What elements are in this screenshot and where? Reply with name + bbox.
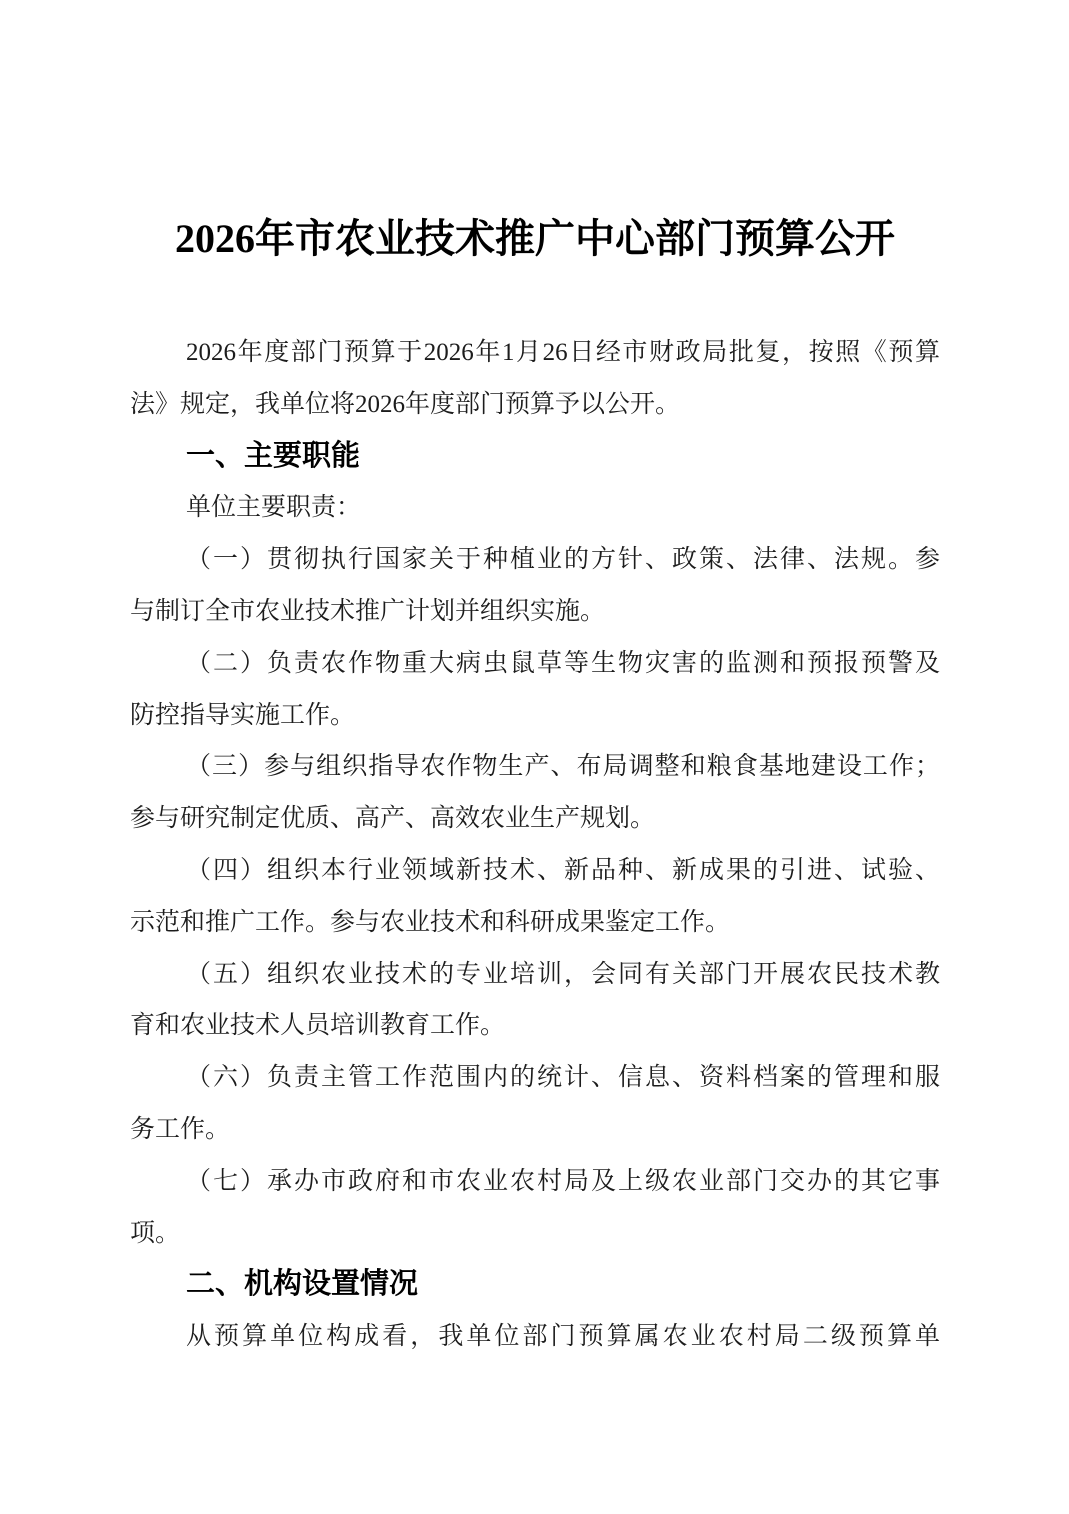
text-line: 一、主要职能 (130, 431, 940, 483)
paragraph: 从预算单位构成看，我单位部门预算属农业农村局二级预算单 (130, 1311, 940, 1363)
text-line: （七）承办市政府和市农业农村局及上级农业部门交办的其它事 (130, 1156, 940, 1208)
text-line: 单位主要职责： (130, 482, 940, 534)
text-line: 务工作。 (130, 1104, 940, 1156)
text-line: 2026年度部门预算于2026年1月26日经市财政局批复，按照《预算 (130, 327, 940, 379)
document-page: 2026年市农业技术推广中心部门预算公开 2026年度部门预算于2026年1月2… (0, 0, 1069, 1514)
text-line: （一）贯彻执行国家关于种植业的方针、政策、法律、法规。参 (130, 534, 940, 586)
text-line: 二、机构设置情况 (130, 1259, 940, 1311)
text-line: 项。 (130, 1208, 940, 1260)
paragraph: （三）参与组织指导农作物生产、布局调整和粮食基地建设工作；参与研究制定优质、高产… (130, 741, 940, 845)
document-body: 2026年度部门预算于2026年1月26日经市财政局批复，按照《预算法》规定，我… (130, 327, 940, 1363)
text-line: 法》规定，我单位将2026年度部门预算予以公开。 (130, 379, 940, 431)
text-line: 防控指导实施工作。 (130, 690, 940, 742)
paragraph: 单位主要职责： (130, 482, 940, 534)
text-line: （五）组织农业技术的专业培训，会同有关部门开展农民技术教 (130, 949, 940, 1001)
text-line: 参与研究制定优质、高产、高效农业生产规划。 (130, 793, 940, 845)
paragraph: （七）承办市政府和市农业农村局及上级农业部门交办的其它事项。 (130, 1156, 940, 1260)
text-line: 从预算单位构成看，我单位部门预算属农业农村局二级预算单 (130, 1311, 940, 1363)
text-line: （三）参与组织指导农作物生产、布局调整和粮食基地建设工作； (130, 741, 940, 793)
paragraph: （六）负责主管工作范围内的统计、信息、资料档案的管理和服务工作。 (130, 1052, 940, 1156)
text-line: （六）负责主管工作范围内的统计、信息、资料档案的管理和服 (130, 1052, 940, 1104)
section-heading: 二、机构设置情况 (130, 1259, 940, 1311)
text-line: （四）组织本行业领域新技术、新品种、新成果的引进、试验、 (130, 845, 940, 897)
paragraph: （四）组织本行业领域新技术、新品种、新成果的引进、试验、示范和推广工作。参与农业… (130, 845, 940, 949)
text-line: 育和农业技术人员培训教育工作。 (130, 1000, 940, 1052)
document-title: 2026年市农业技术推广中心部门预算公开 (130, 210, 940, 268)
text-line: 与制订全市农业技术推广计划并组织实施。 (130, 586, 940, 638)
paragraph: 2026年度部门预算于2026年1月26日经市财政局批复，按照《预算法》规定，我… (130, 327, 940, 431)
section-heading: 一、主要职能 (130, 431, 940, 483)
text-line: （二）负责农作物重大病虫鼠草等生物灾害的监测和预报预警及 (130, 638, 940, 690)
text-line: 示范和推广工作。参与农业技术和科研成果鉴定工作。 (130, 897, 940, 949)
paragraph: （五）组织农业技术的专业培训，会同有关部门开展农民技术教育和农业技术人员培训教育… (130, 949, 940, 1053)
paragraph: （一）贯彻执行国家关于种植业的方针、政策、法律、法规。参与制订全市农业技术推广计… (130, 534, 940, 638)
paragraph: （二）负责农作物重大病虫鼠草等生物灾害的监测和预报预警及防控指导实施工作。 (130, 638, 940, 742)
